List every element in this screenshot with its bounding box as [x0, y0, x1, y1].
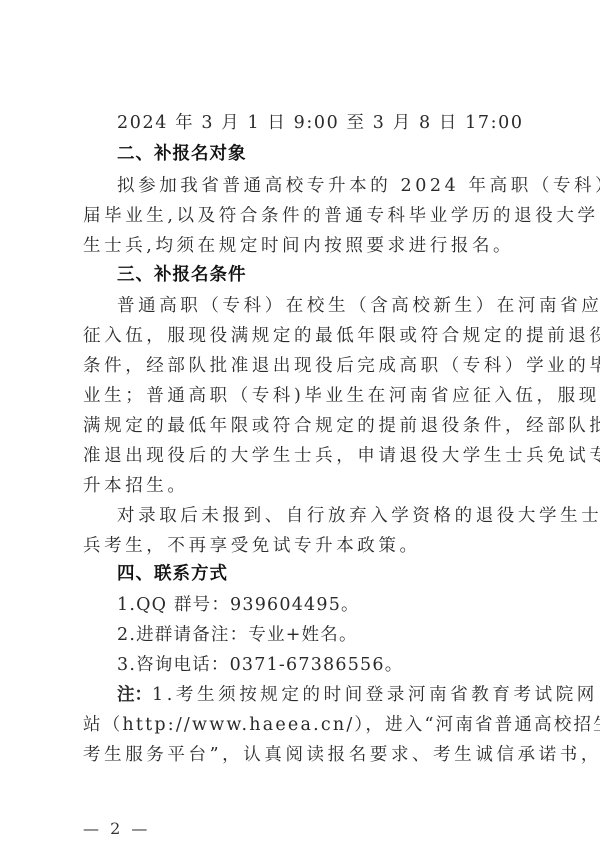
registration-date-range: 2024 年 3 月 1 日 9:00 至 3 月 8 日 17:00 — [117, 112, 557, 134]
paragraph-line: 兵考生，不再享受免试专升本政策。 — [83, 535, 523, 557]
contact-group-note: 2.进群请备注：专业+姓名。 — [117, 624, 557, 646]
page-number: — 2 — — [83, 819, 150, 839]
contact-phone: 3.咨询电话：0371-67386556。 — [117, 654, 557, 676]
paragraph-line: 生士兵,均须在规定时间内按照要求进行报名。 — [83, 235, 523, 257]
paragraph-line: 普通高职（专科）在校生（含高校新生）在河南省应 — [117, 295, 557, 317]
paragraph-line: 满规定的最低年限或符合规定的提前退役条件，经部队批 — [83, 415, 523, 437]
document-page: 2024 年 3 月 1 日 9:00 至 3 月 8 日 17:00 二、补报… — [0, 0, 600, 848]
section-heading-conditions: 三、补报名条件 — [117, 264, 557, 286]
note-line-url: 站（http://www.haeea.cn/），进入“河南省普通高校招生 — [83, 714, 523, 736]
paragraph-line: 准退出现役后的大学生士兵，申请退役大学生士兵免试专 — [83, 445, 523, 467]
paragraph-line: 对录取后未报到、自行放弃入学资格的退役大学生士 — [117, 505, 557, 527]
section-heading-targets: 二、补报名对象 — [117, 143, 557, 165]
paragraph-line: 拟参加我省普通高校专升本的 2024 年高职（专科）应 — [117, 175, 557, 197]
paragraph-line: 征入伍，服现役满规定的最低年限或符合规定的提前退役 — [83, 325, 523, 347]
note-line: 注：1.考生须按规定的时间登录河南省教育考试院网 — [117, 684, 557, 706]
paragraph-line: 业生；普通高职（专科)毕业生在河南省应征入伍，服现役 — [83, 385, 523, 407]
section-heading-contact: 四、联系方式 — [117, 563, 557, 585]
contact-qq-group: 1.QQ 群号：939604495。 — [117, 594, 557, 616]
paragraph-line: 升本招生。 — [83, 475, 523, 497]
paragraph-line: 条件，经部队批准退出现役后完成高职（专科）学业的毕 — [83, 355, 523, 377]
note-text: 1.考生须按规定的时间登录河南省教育考试院网 — [152, 685, 598, 705]
note-label: 注： — [117, 685, 152, 705]
paragraph-line: 届毕业生,以及符合条件的普通专科毕业学历的退役大学 — [83, 205, 523, 227]
note-line: 考生服务平台”，认真阅读报名要求、考生诚信承诺书，按 — [83, 744, 523, 766]
